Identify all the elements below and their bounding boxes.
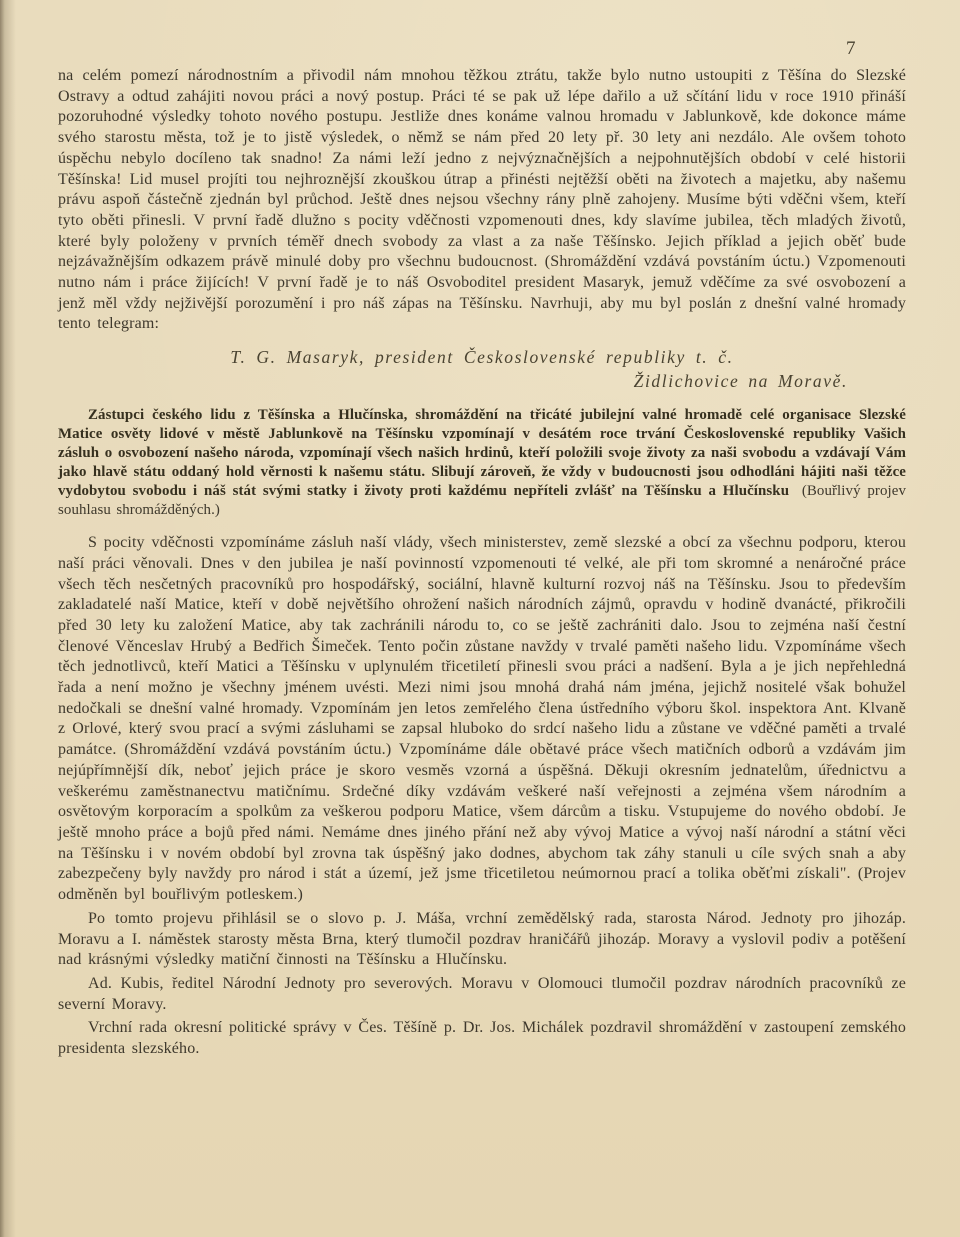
chairman-speech-paragraph: S pocity vděčnosti vzpomínáme zásluh naš… [58,533,906,906]
book-binding-edge [0,0,16,1237]
michalek-greeting-paragraph: Vrchní rada okresní politické správy v Č… [58,1018,906,1059]
scanned-book-page: { "page_number": "7", "content": { "open… [0,0,960,1237]
page-number: 7 [846,38,856,60]
masa-greeting-paragraph: Po tomto projevu přihlásil se o slovo p.… [58,909,906,971]
telegram-body-paragraph: Zástupci českého lidu z Těšínska a Hlučí… [58,406,906,520]
kubis-greeting-paragraph: Ad. Kubis, ředitel Národní Jednoty pro s… [58,974,906,1015]
telegram-place-line: Židlichovice na Moravě. [58,371,906,392]
telegram-body-text: Zástupci českého lidu z Těšínska a Hlučí… [58,407,906,499]
opening-paragraph: na celém pomezí národnostním a přivodil … [58,66,906,335]
telegram-addressee-line: T. G. Masaryk, president Československé … [58,347,906,368]
page-content: na celém pomezí národnostním a přivodil … [58,66,906,1060]
